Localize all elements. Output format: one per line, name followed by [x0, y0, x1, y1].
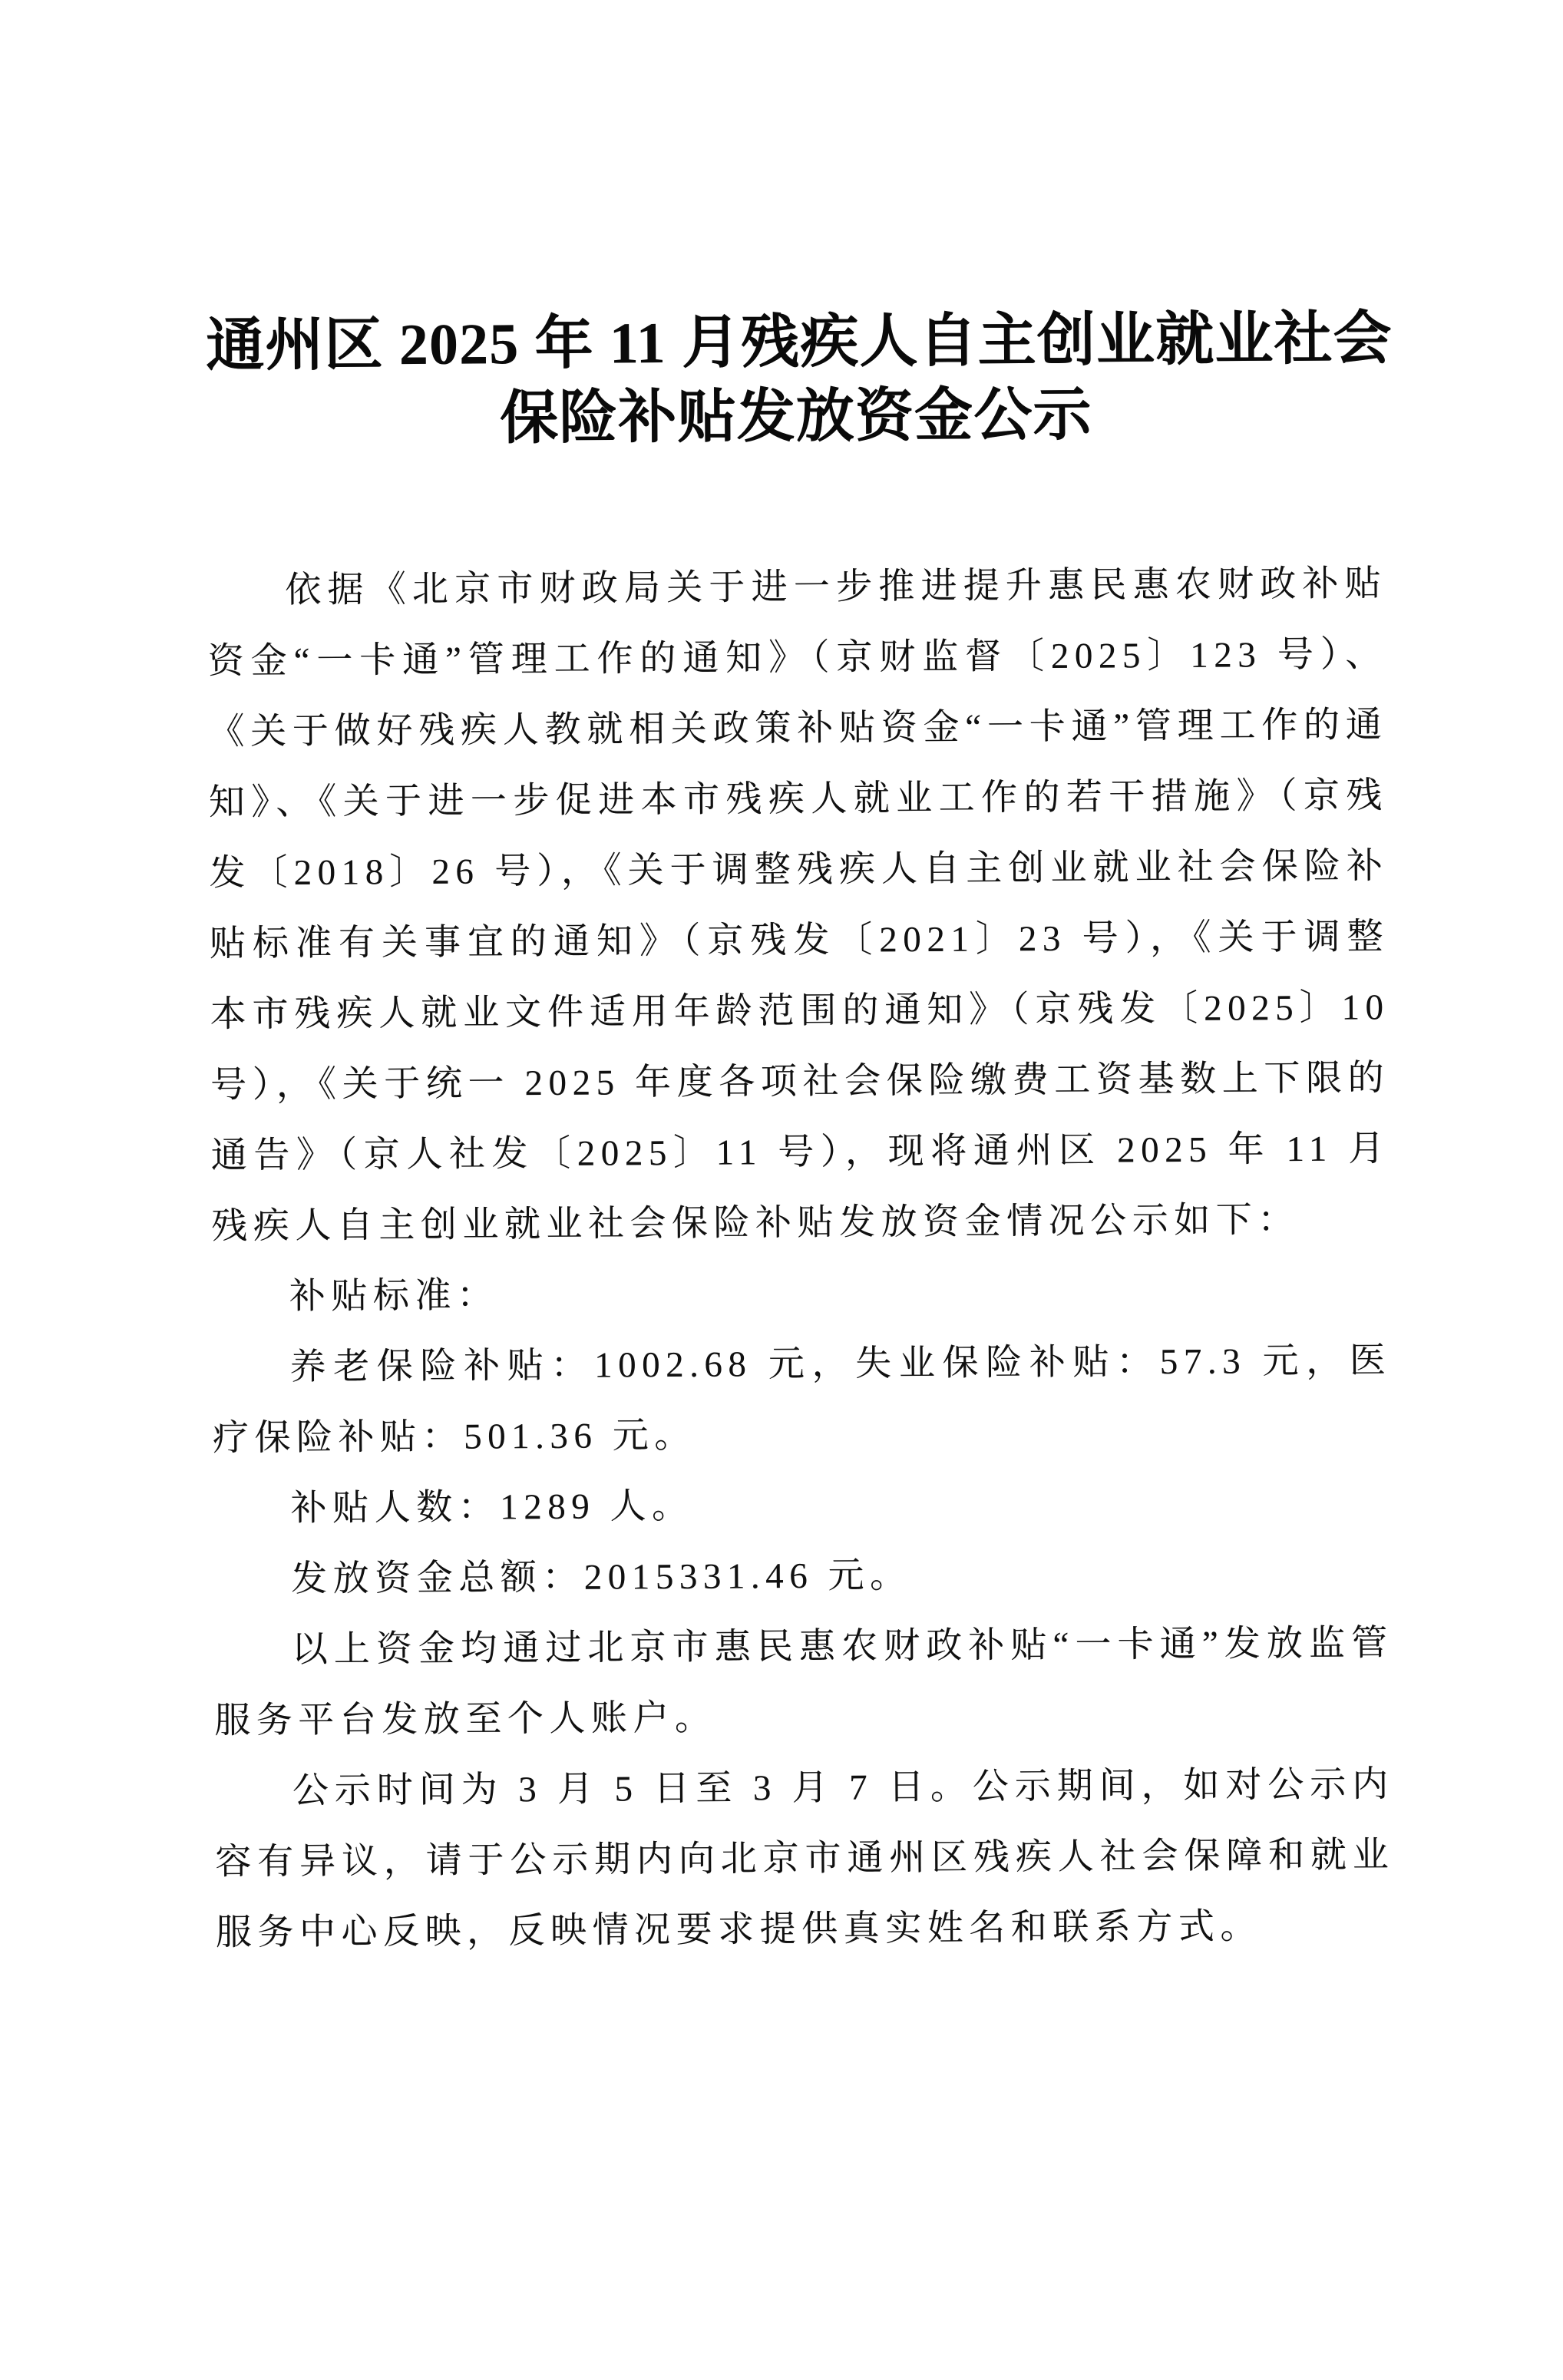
- document-title-line-1: 通州区 2025 年 11 月残疾人自主创业就业社会: [206, 302, 1386, 384]
- paragraph-publicity-period-and-contact: 公示时间为 3 月 5 日至 3 月 7 日。公示期间，如对公示内容有异议，请于…: [215, 1749, 1396, 1968]
- paragraph-subsidy-amounts: 养老保险补贴：1002.68 元，失业保险补贴：57.3 元，医疗保险补贴：50…: [212, 1325, 1392, 1473]
- document-body: 依据《北京市财政局关于进一步推进提升惠民惠农财政补贴资金“一卡通”管理工作的通知…: [207, 548, 1395, 1968]
- paragraph-distribution-channel: 以上资金均通过北京市惠民惠农财政补贴“一卡通”发放监管服务平台发放至个人账户。: [213, 1608, 1393, 1756]
- document-title-line-2: 保险补贴发放资金公示: [207, 377, 1386, 459]
- document-title: 通州区 2025 年 11 月残疾人自主创业就业社会 保险补贴发放资金公示: [206, 302, 1386, 458]
- paragraph-legal-basis: 依据《北京市财政局关于进一步推进提升惠民惠农财政补贴资金“一卡通”管理工作的通知…: [207, 548, 1391, 1261]
- paragraph-total-amount: 发放资金总额：2015331.46 元。: [213, 1537, 1393, 1615]
- paragraph-subsidized-people: 补贴人数：1289 人。: [213, 1466, 1393, 1544]
- document-content: 通州区 2025 年 11 月残疾人自主创业就业社会 保险补贴发放资金公示 依据…: [206, 302, 1395, 1968]
- scanned-document-page: 通州区 2025 年 11 月残疾人自主创业就业社会 保险补贴发放资金公示 依据…: [0, 0, 1563, 2380]
- paragraph-subsidy-standard-heading: 补贴标准：: [212, 1254, 1392, 1332]
